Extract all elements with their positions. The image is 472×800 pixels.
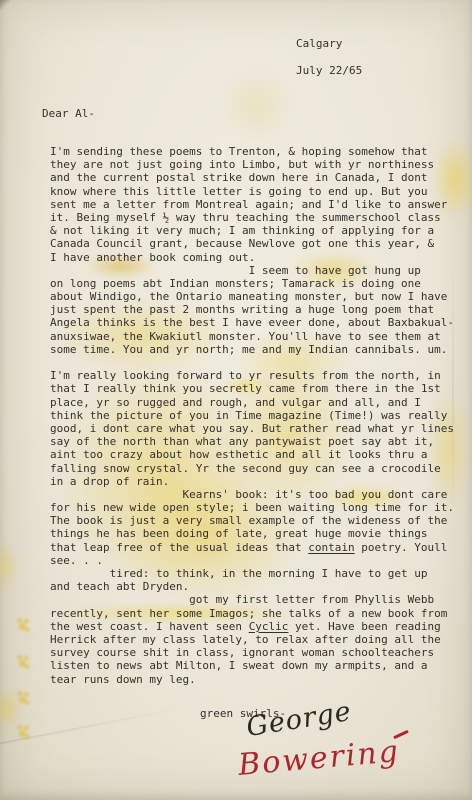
letter-line: listen to news abt Milton, I sweat down … xyxy=(50,659,454,672)
letter-line: recently, sent her some Imagos; she talk… xyxy=(50,607,454,620)
letter-line: on long poems abt Indian monsters; Tamar… xyxy=(50,277,454,290)
letter-line: tear runs down my leg. xyxy=(50,673,454,686)
letter-place: Calgary xyxy=(296,37,342,50)
letter-line: & not liking it very much; I am thinking… xyxy=(50,224,454,237)
george-signature: George xyxy=(244,696,354,743)
letter-line: I'm sending these poems to Trenton, & ho… xyxy=(50,145,454,158)
letter-line: I have another book coming out. xyxy=(50,251,454,264)
letter-line: for his new wide open style; i been wait… xyxy=(50,501,454,514)
underlined-word: contain xyxy=(308,541,354,554)
letter-line: some time. You and yr north; me and my I… xyxy=(50,343,454,356)
letter-line: that leap free of the usual ideas that c… xyxy=(50,541,454,554)
letter-line xyxy=(50,356,454,369)
letter-line: think the picture of you in Time magazin… xyxy=(50,409,454,422)
letter-line: The book is just a very small example of… xyxy=(50,514,454,527)
letter-line: that I really think you secretly came fr… xyxy=(50,382,454,395)
letter-line: good, i dont care what you say. But rath… xyxy=(50,422,454,435)
letter-line: about Windigo, the Ontario maneating mon… xyxy=(50,290,454,303)
letter-line: I seem to have got hung up xyxy=(50,264,454,277)
letter-line: and the current postal strike down here … xyxy=(50,171,454,184)
letter-body: I'm sending these poems to Trenton, & ho… xyxy=(50,145,454,686)
seal-character-mark xyxy=(15,688,31,706)
letter-line: aint too crazy about how esthetic and al… xyxy=(50,448,454,461)
letter-line: things he has been doing of late, great … xyxy=(50,527,454,540)
yellow-stain xyxy=(0,540,16,592)
letter-line: place, yr so rugged and rough, and vulga… xyxy=(50,396,454,409)
letter-line: Angela thinks is the best I have eveer d… xyxy=(50,316,454,329)
letter-line: see. . . xyxy=(50,554,454,567)
salutation: Dear Al- xyxy=(42,107,95,120)
letter-line: anuxsiwae, the Kwakiutl monster. You'll … xyxy=(50,330,454,343)
seal-character-mark xyxy=(15,652,31,670)
letter-line: got my first letter from Phyllis Webb xyxy=(50,593,454,606)
letter-page: Calgary July 22/65 Dear Al- I'm sending … xyxy=(0,0,472,800)
letter-date: July 22/65 xyxy=(296,64,362,77)
letter-line: falling snow crystal. Yr the second guy … xyxy=(50,462,454,475)
letter-line: they are not just going into Limbo, but … xyxy=(50,158,454,171)
bowering-signature: Bowering xyxy=(237,734,401,783)
letter-line: survey course shit in class, ignorant wo… xyxy=(50,646,454,659)
red-pen-stroke xyxy=(393,730,409,739)
yellow-stain xyxy=(220,70,292,142)
letter-line: I'm really looking forward to yr results… xyxy=(50,369,454,382)
letter-line: in a drop of rain. xyxy=(50,475,454,488)
letter-line: know where this little letter is going t… xyxy=(50,185,454,198)
letter-line: Herrick after my class lately, to relax … xyxy=(50,633,454,646)
letter-line: sent me a letter from Montreal again; an… xyxy=(50,198,454,211)
seal-character-mark xyxy=(15,615,31,633)
scan-corner-shadow xyxy=(0,0,10,10)
letter-line: just spent the past 2 months writing a h… xyxy=(50,303,454,316)
letter-line: the west coast. I havent seen Cyclic yet… xyxy=(50,620,454,633)
underlined-word: Cyclic xyxy=(249,620,289,633)
letter-line: and teach abt Dryden. xyxy=(50,580,454,593)
letter-line: tired: to think, in the morning I have t… xyxy=(50,567,454,580)
letter-line: it. Being myself ½ way thru teaching the… xyxy=(50,211,454,224)
letter-line: Kearns' book: it's too bad you dont care xyxy=(50,488,454,501)
letter-line: say of the north than what any pantywais… xyxy=(50,435,454,448)
letter-line: Canada Council grant, because Newlove go… xyxy=(50,237,454,250)
